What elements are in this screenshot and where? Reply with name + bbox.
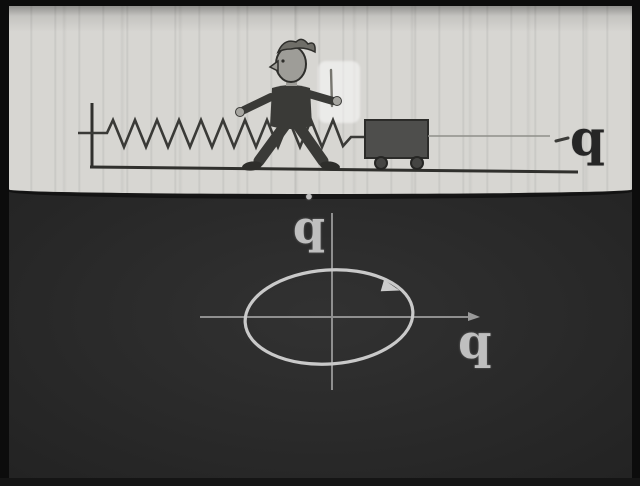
man-right-hand bbox=[333, 97, 342, 106]
mass-spring-apparatus bbox=[78, 39, 578, 172]
phase-q-label: q bbox=[458, 314, 492, 370]
film-border-bottom bbox=[0, 478, 640, 486]
man-eye bbox=[281, 59, 284, 62]
man-right-arm bbox=[309, 94, 333, 101]
apparatus-q-label: q bbox=[570, 108, 605, 167]
film-border-right bbox=[632, 0, 640, 486]
cart-wheel-left bbox=[375, 157, 387, 169]
film-border-top bbox=[0, 0, 640, 6]
film-border-left bbox=[0, 0, 9, 486]
film-frame: q · q q bbox=[0, 0, 640, 486]
cart-wheel-right bbox=[411, 157, 423, 169]
man-left-hand bbox=[236, 108, 245, 117]
cart-body bbox=[365, 120, 428, 158]
phase-qdot-base: q bbox=[290, 204, 328, 250]
man-torso bbox=[270, 85, 312, 129]
cartoon-man bbox=[236, 39, 342, 171]
cart bbox=[365, 120, 428, 169]
leader-dash bbox=[556, 138, 568, 141]
phase-qdot-label: · q bbox=[290, 192, 328, 250]
man-nose bbox=[270, 61, 278, 71]
man-left-arm bbox=[244, 97, 271, 110]
phase-portrait bbox=[200, 213, 480, 390]
spring-zigzag bbox=[78, 120, 365, 147]
